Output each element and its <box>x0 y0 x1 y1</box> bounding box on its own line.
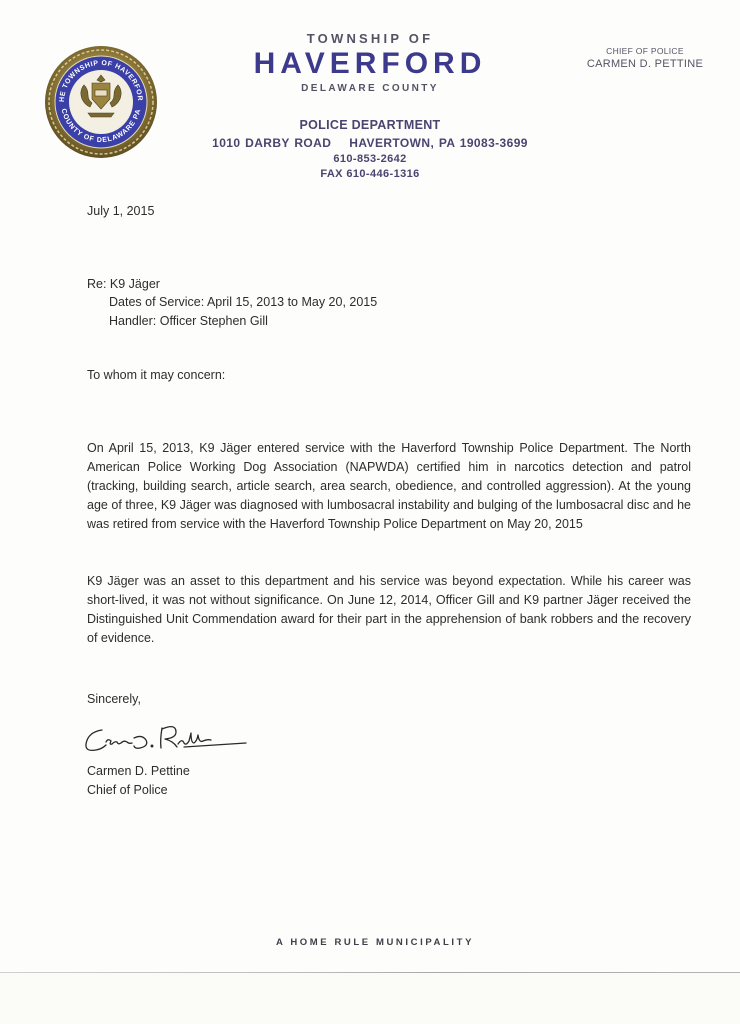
letter-paragraph: K9 Jäger was an asset to this department… <box>87 572 691 648</box>
letterhead-phone: 610-853-2642 <box>190 153 550 165</box>
letter-handler: Handler: Officer Stephen Gill <box>109 312 268 331</box>
signer-name: Carmen D. Pettine <box>87 762 190 781</box>
letter-page: THE TOWNSHIP OF HAVERFORD COUNTY OF DELA… <box>0 0 740 1024</box>
letterhead-township-name: HAVERFORD <box>190 48 550 80</box>
handwritten-signature-icon <box>80 720 250 756</box>
letter-paragraph: On April 15, 2013, K9 Jäger entered serv… <box>87 439 691 534</box>
letterhead-chief-block: CHIEF OF POLICE CARMEN D. PETTINE <box>575 46 715 70</box>
letterhead-fax: FAX 610-446-1316 <box>190 168 550 180</box>
letterhead-chief-name: CARMEN D. PETTINE <box>575 58 715 70</box>
letterhead-city: HAVERTOWN, PA 19083-3699 <box>349 136 528 150</box>
letter-re-line: Re: K9 Jäger <box>87 275 160 294</box>
township-seal-icon: THE TOWNSHIP OF HAVERFORD COUNTY OF DELA… <box>44 45 158 159</box>
letterhead-chief-title: CHIEF OF POLICE <box>575 46 715 56</box>
scan-background <box>0 973 740 1024</box>
letter-closing: Sincerely, <box>87 690 141 709</box>
letter-dates-of-service: Dates of Service: April 15, 2013 to May … <box>109 293 377 312</box>
letterhead-address: 1010 DARBY ROADHAVERTOWN, PA 19083-3699 <box>190 136 550 150</box>
letterhead-street: 1010 DARBY ROAD <box>212 136 331 150</box>
letterhead-county: DELAWARE COUNTY <box>190 83 550 94</box>
footer-tagline: A HOME RULE MUNICIPALITY <box>240 937 510 948</box>
letter-date: July 1, 2015 <box>87 202 154 221</box>
letterhead-township-of: TOWNSHIP OF <box>190 31 550 46</box>
letter-salutation: To whom it may concern: <box>87 366 225 385</box>
signer-title: Chief of Police <box>87 781 168 800</box>
letterhead-department: POLICE DEPARTMENT <box>190 118 550 132</box>
